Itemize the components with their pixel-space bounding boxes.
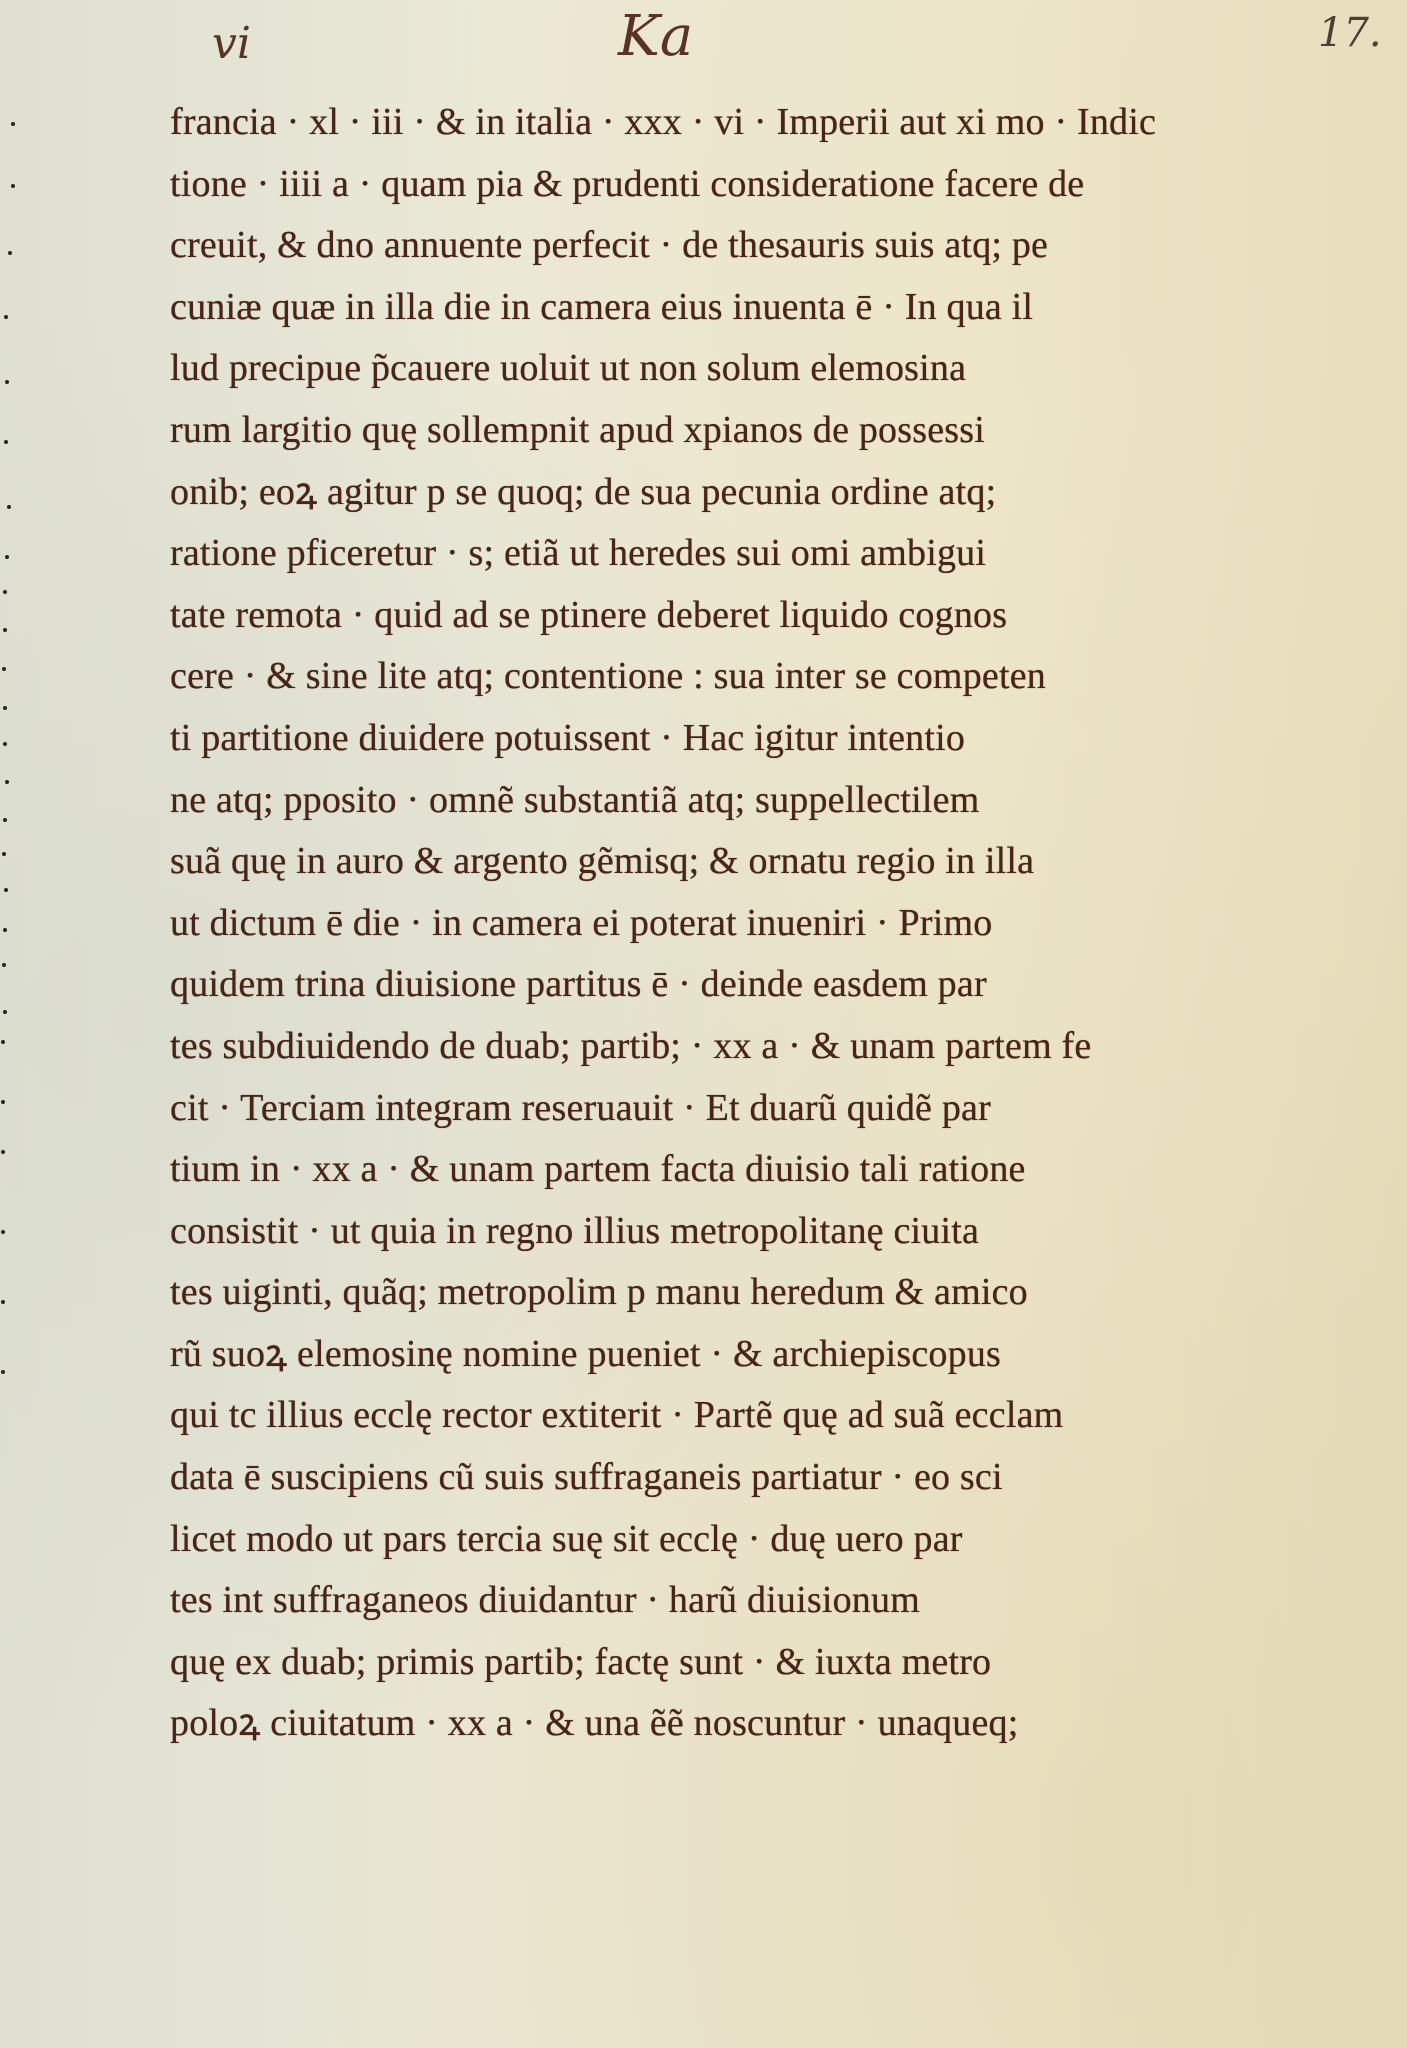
text-line: cuniæ quæ in illa die in camera eius inu…	[170, 277, 1230, 339]
prick-mark	[8, 251, 12, 255]
manuscript-text-block: francia · xl · iii · & in italia · xxx ·…	[170, 92, 1230, 1755]
prick-mark	[5, 555, 9, 559]
text-line: poloꝝ ciuitatum · xx a · & una ẽẽ noscun…	[170, 1693, 1230, 1755]
prick-mark	[2, 963, 6, 967]
prick-mark	[7, 505, 11, 509]
text-line: francia · xl · iii · & in italia · xxx ·…	[170, 92, 1230, 154]
text-line: ti partitione diuidere potuissent · Hac …	[170, 708, 1230, 770]
prick-mark	[4, 440, 8, 444]
running-head-center: Ka	[618, 4, 693, 69]
text-line: tate remota · quid ad se ptinere deberet…	[170, 585, 1230, 647]
prick-mark	[5, 780, 9, 784]
running-head-left: vi	[212, 18, 251, 69]
text-line: consistit · ut quia in regno illius metr…	[170, 1201, 1230, 1263]
text-line: ratione pficeretur · s; etiã ut heredes …	[170, 523, 1230, 585]
prick-mark	[3, 1010, 7, 1014]
prick-mark	[2, 852, 6, 856]
text-line: tium in · xx a · & unam partem facta diu…	[170, 1139, 1230, 1201]
prick-mark	[3, 742, 7, 746]
text-line: licet modo ut pars tercia suę sit ecclę …	[170, 1509, 1230, 1571]
text-line: qui tc illius ecclę rector extiterit · P…	[170, 1385, 1230, 1447]
text-line: tes int suffraganeos diuidantur · harũ d…	[170, 1570, 1230, 1632]
prick-mark	[1, 1040, 5, 1044]
text-line: ne atq; pposito · omnẽ substantiã atq; s…	[170, 770, 1230, 832]
text-line: lud precipue p̃cauere uoluit ut non solu…	[170, 338, 1230, 400]
text-line: tes subdiuidendo de duab; partib; · xx a…	[170, 1016, 1230, 1078]
prick-mark	[1, 1100, 5, 1104]
prick-mark	[3, 706, 7, 710]
prick-mark	[4, 315, 8, 319]
prick-mark	[11, 122, 15, 126]
text-line: suã quę in auro & argento gẽmisq; & orna…	[170, 831, 1230, 893]
folio-number: 17.	[1318, 10, 1382, 56]
text-line: tione · iiii a · quam pia & prudenti con…	[170, 154, 1230, 216]
prick-mark	[5, 380, 9, 384]
text-line: cere · & sine lite atq; contentione : su…	[170, 646, 1230, 708]
prick-mark	[3, 628, 7, 632]
text-line: data ē suscipiens cũ suis suffraganeis p…	[170, 1447, 1230, 1509]
prick-mark	[1, 1300, 5, 1304]
prick-mark	[3, 928, 7, 932]
text-line: ut dictum ē die · in camera ei poterat i…	[170, 893, 1230, 955]
text-line: rũ suoꝝ elemosinę nomine pueniet · & arc…	[170, 1324, 1230, 1386]
prick-mark	[1, 1370, 5, 1374]
prick-mark	[2, 667, 6, 671]
manuscript-folio: vi Ka 17. francia · xl · iii · & in ital…	[0, 0, 1407, 2048]
prick-mark	[1, 1230, 5, 1234]
prick-mark	[4, 888, 8, 892]
text-line: tes uiginti, quãq; metropolim p manu her…	[170, 1262, 1230, 1324]
text-line: creuit, & dno annuente perfecit · de the…	[170, 215, 1230, 277]
prick-mark	[1, 1150, 5, 1154]
text-line: onib; eoꝝ agitur p se quoq; de sua pecun…	[170, 462, 1230, 524]
text-line: quidem trina diuisione partitus ē · dein…	[170, 954, 1230, 1016]
prick-mark	[3, 818, 7, 822]
prick-mark	[11, 184, 15, 188]
text-line: rum largitio quę sollempnit apud xpianos…	[170, 400, 1230, 462]
prick-mark	[3, 590, 7, 594]
text-line: quę ex duab; primis partib; factę sunt ·…	[170, 1632, 1230, 1694]
text-line: cit · Terciam integram reseruauit · Et d…	[170, 1078, 1230, 1140]
